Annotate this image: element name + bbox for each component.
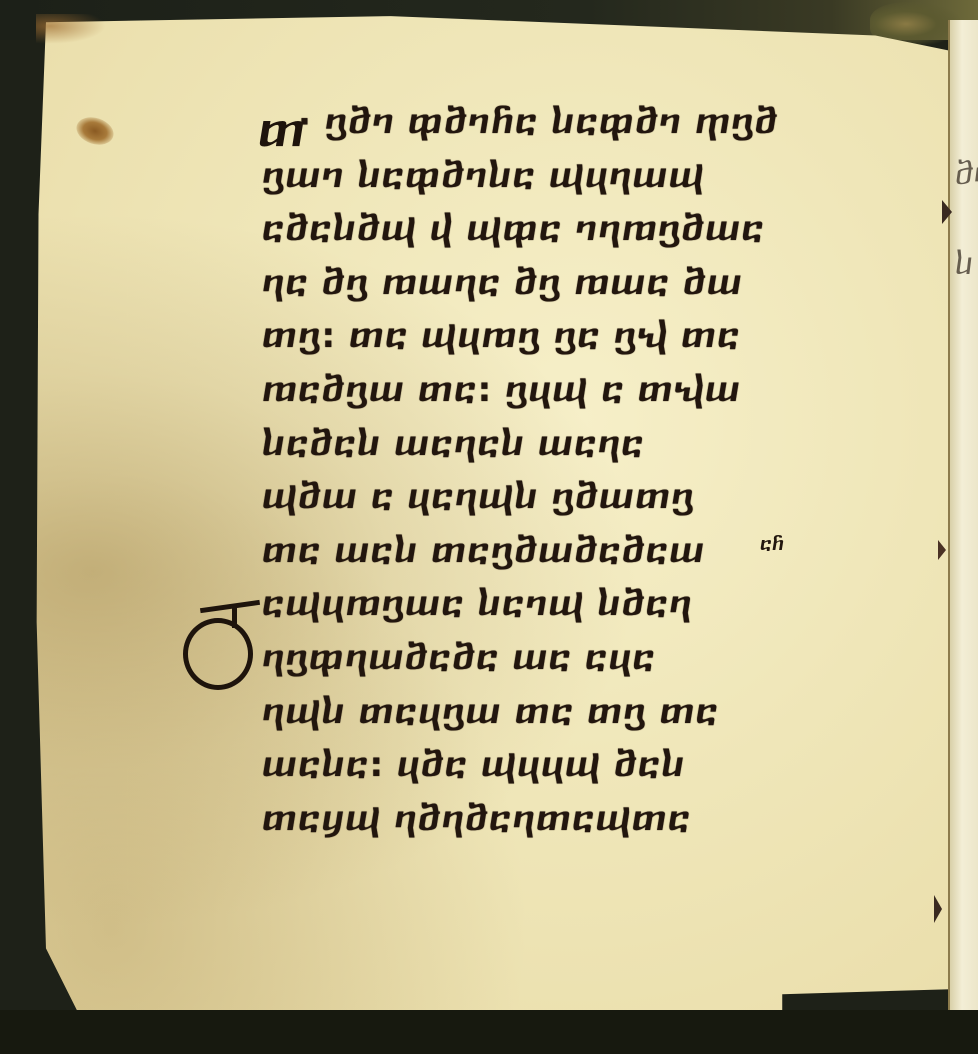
- text-line: ⴍⴀⴑⴀ: ⴗⴋⴀ ⴓⴗⴗⴓ ⴋⴀⴑ: [262, 739, 862, 793]
- page-tear: [938, 540, 946, 560]
- text-line: ⴑⴀⴋⴀⴑ ⴍⴀⴄⴀⴑ ⴍⴀⴄⴀ: [262, 418, 862, 472]
- text-line: ⴄⴀ ⴋⴂ ⴊⴍⴄⴀ ⴋⴂ ⴊⴍⴀ ⴋⴍ: [262, 257, 862, 311]
- page-tear: [934, 895, 942, 923]
- text-line: ⴂⴍⴈ ⴑⴀⴔⴋⴈⴑⴀ ⴓⴗⴄⴍⴓ: [262, 150, 862, 204]
- text-line: · ⴂⴋⴈ ⴔⴋⴈⴌⴀ ⴑⴀⴔⴋⴈ ⴅⴂⴋ: [262, 96, 862, 150]
- text-line: ⴀⴓⴗⴊⴂⴍⴀ ⴑⴀⴈⴓ ⴑⴋⴀⴄ: [262, 578, 862, 632]
- text-line: ⴄⴓⴑ ⴇⴀⴗⴂⴍ ⴇⴀ ⴇⴂ ⴇⴀ: [262, 686, 862, 740]
- text-line: ⴄⴂⴔⴄⴍⴋⴀⴋⴀ ⴍⴀ ⴀⴗⴀ: [262, 632, 862, 686]
- text-line: ⴇⴂ: ⴇⴀ ⴓⴗⴊⴂ ⴂⴀ ⴂⴏ ⴇⴀ: [262, 310, 862, 364]
- dark-backdrop-bottom: [0, 1010, 978, 1054]
- abbreviation-mark: ⴀⴌ: [760, 534, 784, 555]
- text-line: ⴇⴀⴘⴓ ⴄⴋⴄⴋⴀⴄⴇⴀⴓⴇⴀ: [262, 793, 862, 847]
- decorated-initial-ring: [183, 618, 253, 690]
- text-line: ⴊⴀⴋⴂⴍ ⴇⴀ: ⴂⴗⴓ ⴀ ⴇⴏⴍ: [262, 364, 862, 418]
- facing-leaf-text: ⴋⴄⴂ ⴑ: [955, 130, 978, 310]
- corner-stain: [36, 14, 106, 44]
- decorated-initial-stem: [232, 606, 237, 628]
- text-line: ⴓⴋⴍ ⴀ ⴗⴀⴄⴓⴑ ⴂⴋⴍⴇⴂ: [262, 471, 862, 525]
- text-line: ⴀⴋⴀⴑⴋⴓ ⴣ ⴓⴔⴀ ⴈⴄⴊⴂⴋⴍⴀ: [262, 203, 862, 257]
- manuscript-text: · ⴂⴋⴈ ⴔⴋⴈⴌⴀ ⴑⴀⴔⴋⴈ ⴅⴂⴋ ⴂⴍⴈ ⴑⴀⴔⴋⴈⴑⴀ ⴓⴗⴄⴍⴓ …: [262, 96, 862, 846]
- page-tear: [942, 200, 952, 224]
